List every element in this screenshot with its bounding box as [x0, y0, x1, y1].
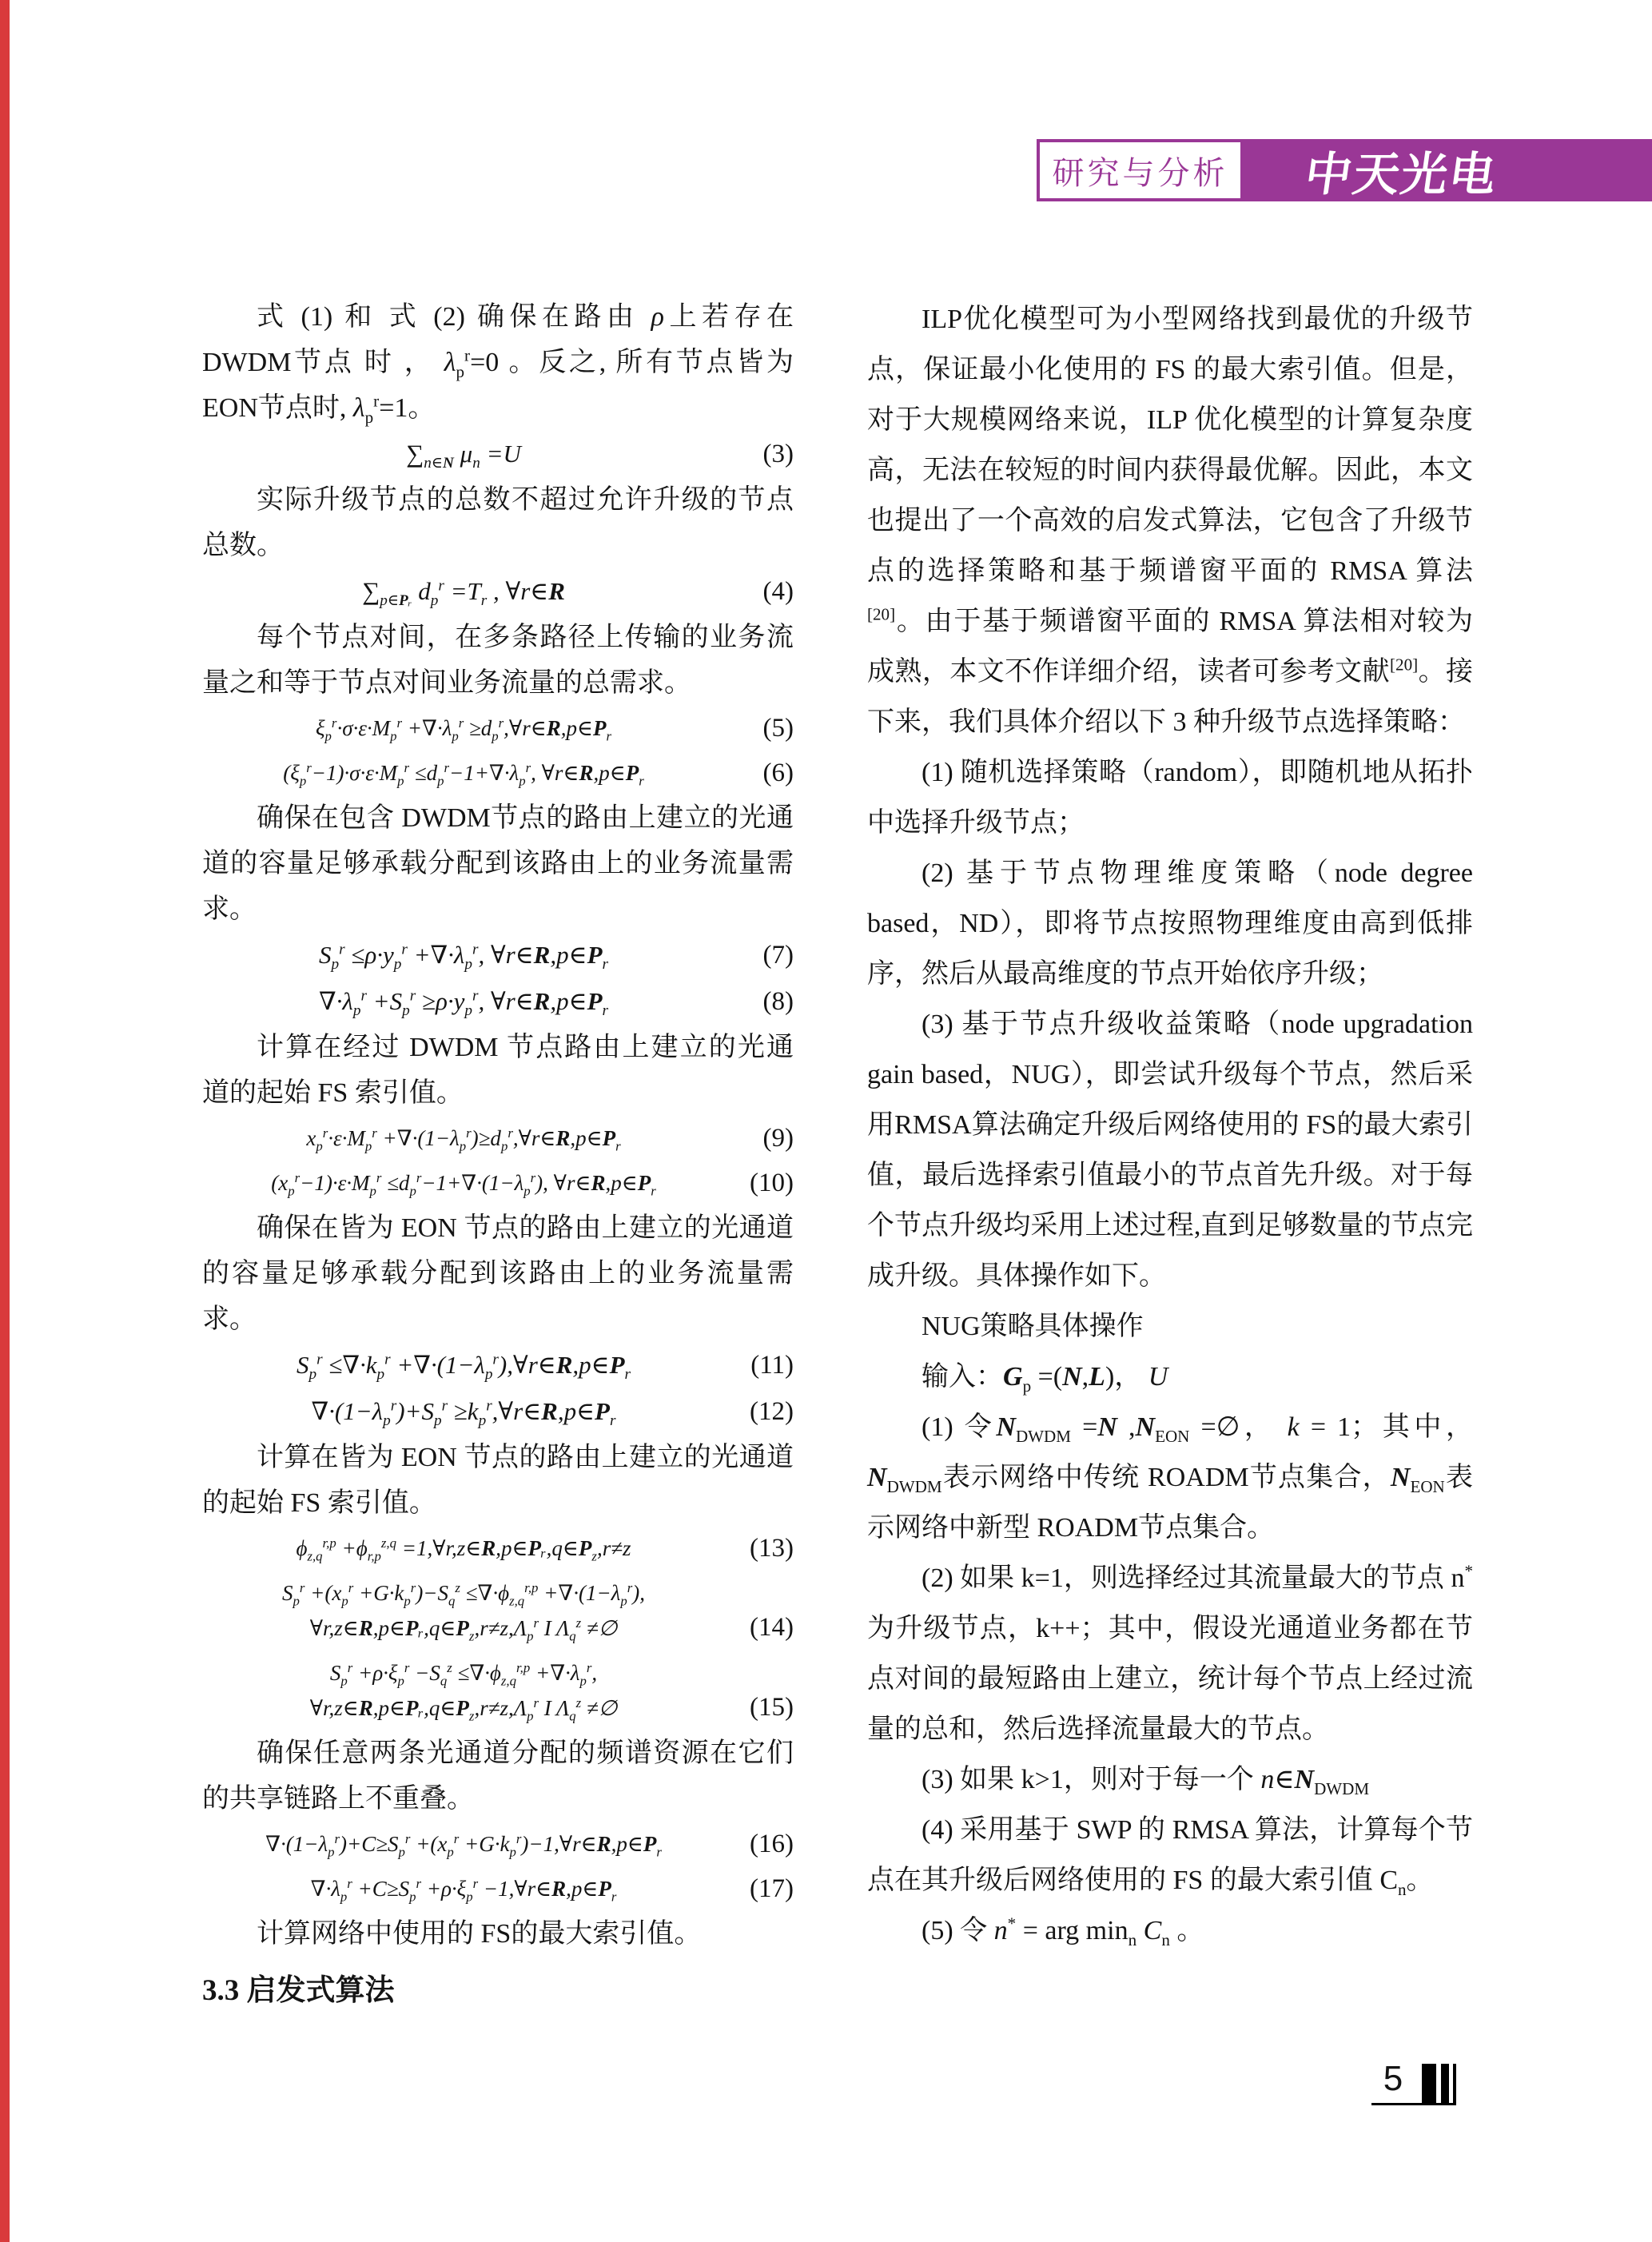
- equation: ∇·λpr +C≥Spr +ρ·ξpr −1,∀r∈R,p∈Pr: [202, 1871, 725, 1906]
- page-edge-strip: [0, 0, 10, 2242]
- footer-rule: [1371, 2103, 1456, 2105]
- equation-number: (17): [725, 1874, 794, 1904]
- equation-row: ∇·λpr +C≥Spr +ρ·ξpr −1,∀r∈R,p∈Pr(17): [202, 1866, 794, 1911]
- equation-row: Spr +(xpr +G·kpr)−Sqz ≤∇·ϕz,qr,p +∇·(1−λ…: [202, 1571, 794, 1651]
- equation-number: (5): [725, 714, 794, 743]
- paragraph: 计算在皆为 EON 节点的路由上建立的光通道的起始 FS 索引值。: [202, 1435, 794, 1526]
- paragraph: (3) 基于节点升级收益策略（node upgradation gain bas…: [867, 999, 1473, 1301]
- equation-row: ∑n∈N μn =U(3): [202, 431, 794, 477]
- right-column: ILP优化模型可为小型网络找到最优的升级节点，保证最小化使用的 FS 的最大索引…: [867, 294, 1473, 1956]
- equation-number: (4): [725, 577, 794, 607]
- paragraph: 确保在皆为 EON 节点的路由上建立的光通道的容量足够承载分配到该路由上的业务流…: [202, 1205, 794, 1342]
- equation-row: Spr ≤ρ·ypr +∇·λpr, ∀r∈R,p∈Pr(7): [202, 932, 794, 978]
- paragraph: 每个节点对间，在多条路径上传输的业务流量之和等于节点对间业务流量的总需求。: [202, 615, 794, 706]
- journal-logo: 中天光电: [1239, 137, 1503, 204]
- equation-number: (15): [725, 1693, 794, 1726]
- paragraph: (4) 采用基于 SWP 的 RMSA 算法，计算每个节点在其升级后网络使用的 …: [867, 1805, 1473, 1906]
- equation: ∇·λpr +Spr ≥ρ·ypr, ∀r∈R,p∈Pr: [202, 983, 725, 1020]
- paragraph: (1) 令NDWDM =N ,NEON =∅， k = 1；其中，NDWDM表示…: [867, 1402, 1473, 1553]
- equation: ∇·(1−λpr)+Spr ≥kpr,∀r∈R,p∈Pr: [202, 1393, 725, 1430]
- equation-row: Spr ≤∇·kpr +∇·(1−λpr),∀r∈R,p∈Pr(11): [202, 1342, 794, 1388]
- equation: (ξpr−1)·σ·ε·Mpr ≤dpr−1+∇·λpr, ∀r∈R,p∈Pr: [202, 755, 725, 790]
- equation-row: (ξpr−1)·σ·ε·Mpr ≤dpr−1+∇·λpr, ∀r∈R,p∈Pr(…: [202, 751, 794, 795]
- paragraph: (5) 令 n* = arg minn Cn 。: [867, 1906, 1473, 1956]
- paragraph: 计算在经过 DWDM 节点路由上建立的光通道的起始 FS 索引值。: [202, 1025, 794, 1116]
- equation: ∑n∈N μn =U: [202, 436, 725, 472]
- equation-row: Spr +ρ·ξpr −Sqz ≤∇·ϕz,qr,p +∇·λpr,∀r,z∈R…: [202, 1651, 794, 1730]
- paragraph: (2) 如果 k=1，则选择经过其流量最大的节点 n*为升级节点，k++；其中，…: [867, 1553, 1473, 1754]
- footer-bars-icon: [1422, 2064, 1436, 2103]
- equation-number: (13): [725, 1534, 794, 1563]
- paragraph: ILP优化模型可为小型网络找到最优的升级节点，保证最小化使用的 FS 的最大索引…: [867, 294, 1473, 747]
- equation-row: (xpr−1)·ε·Mpr ≤dpr−1+∇·(1−λpr), ∀r∈R,p∈P…: [202, 1161, 794, 1205]
- equation-row: ϕz,qr,p +ϕr,pz,q =1,∀r,z∈R,p∈Pᵣ,q∈Pz,r≠z…: [202, 1526, 794, 1571]
- equation: ξpr·σ·ε·Mpr +∇·λpr ≥dpr,∀r∈R,p∈Pr: [202, 711, 725, 746]
- section-heading: 3.3 启发式算法: [202, 1968, 794, 2013]
- footer-bars-icon: [1453, 2064, 1456, 2103]
- equation: ϕz,qr,p +ϕr,pz,q =1,∀r,z∈R,p∈Pᵣ,q∈Pz,r≠z: [202, 1531, 725, 1566]
- equation-row: ∑p∈Pᵣ dpr =Tr , ∀r∈R(4): [202, 568, 794, 615]
- left-column: 式 (1) 和 式 (2) 确保在路由 ρ上若存在 DWDM节点 时 ， λpr…: [202, 294, 794, 2013]
- equation: Spr ≤∇·kpr +∇·(1−λpr),∀r∈R,p∈Pr: [202, 1347, 725, 1384]
- equation: Spr ≤ρ·ypr +∇·λpr, ∀r∈R,p∈Pr: [202, 937, 725, 974]
- equation-number: (3): [725, 440, 794, 469]
- equation: (xpr−1)·ε·Mpr ≤dpr−1+∇·(1−λpr), ∀r∈R,p∈P…: [202, 1165, 725, 1201]
- paragraph: (1) 随机选择策略（random），即随机地从拓扑中选择升级节点；: [867, 747, 1473, 848]
- equation-number: (14): [725, 1613, 794, 1646]
- equation-number: (8): [725, 987, 794, 1017]
- equation-number: (6): [725, 759, 794, 788]
- equation: xpr·ε·Mpr +∇·(1−λpr)≥dpr,∀r∈R,p∈Pr: [202, 1121, 725, 1156]
- page-number: 5: [1375, 2059, 1411, 2099]
- equation-row: ξpr·σ·ε·Mpr +∇·λpr ≥dpr,∀r∈R,p∈Pr(5): [202, 706, 794, 751]
- paragraph: (2) 基于节点物理维度策略（node degree based，ND），即将节…: [867, 848, 1473, 999]
- equation-row: ∇·λpr +Spr ≥ρ·ypr, ∀r∈R,p∈Pr(8): [202, 978, 794, 1025]
- equation: ∑p∈Pᵣ dpr =Tr , ∀r∈R: [202, 573, 725, 610]
- paragraph: 计算网络中使用的 FS的最大索引值。: [202, 1911, 794, 1957]
- equation-number: (9): [725, 1124, 794, 1153]
- section-label-box: 研究与分析: [1037, 139, 1244, 201]
- equation-row: ∇·(1−λpr)+Spr ≥kpr,∀r∈R,p∈Pr(12): [202, 1388, 794, 1435]
- paragraph: 输入：Gp =(N,L)， U: [867, 1352, 1473, 1402]
- paragraph: (3) 如果 k>1，则对于每一个 n∈NDWDM: [867, 1754, 1473, 1805]
- paragraph: 确保任意两条光通道分配的频谱资源在它们的共享链路上不重叠。: [202, 1730, 794, 1822]
- equation-number: (16): [725, 1830, 794, 1859]
- equation: Spr +(xpr +G·kpr)−Sqz ≤∇·ϕz,qr,p +∇·(1−λ…: [202, 1575, 725, 1646]
- equation-number: (7): [725, 941, 794, 970]
- equation-number: (12): [725, 1397, 794, 1427]
- equation-number: (10): [725, 1169, 794, 1198]
- equation-number: (11): [725, 1351, 794, 1380]
- section-label: 研究与分析: [1053, 148, 1228, 193]
- equation: ∇·(1−λpr)+C≥Spr +(xpr +G·kpr)−1,∀r∈R,p∈P…: [202, 1826, 725, 1862]
- paragraph: 式 (1) 和 式 (2) 确保在路由 ρ上若存在 DWDM节点 时 ， λpr…: [202, 294, 794, 431]
- equation: Spr +ρ·ξpr −Sqz ≤∇·ϕz,qr,p +∇·λpr,∀r,z∈R…: [202, 1655, 725, 1726]
- paragraph: NUG策略具体操作: [867, 1301, 1473, 1352]
- equation-row: ∇·(1−λpr)+C≥Spr +(xpr +G·kpr)−1,∀r∈R,p∈P…: [202, 1822, 794, 1866]
- footer-bars-icon: [1441, 2064, 1449, 2103]
- paragraph: 实际升级节点的总数不超过允许升级的节点总数。: [202, 477, 794, 568]
- equation-row: xpr·ε·Mpr +∇·(1−λpr)≥dpr,∀r∈R,p∈Pr(9): [202, 1116, 794, 1161]
- header-banner: 中天光电: [1244, 139, 1652, 201]
- paragraph: 确保在包含 DWDM节点的路由上建立的光通道的容量足够承载分配到该路由上的业务流…: [202, 795, 794, 932]
